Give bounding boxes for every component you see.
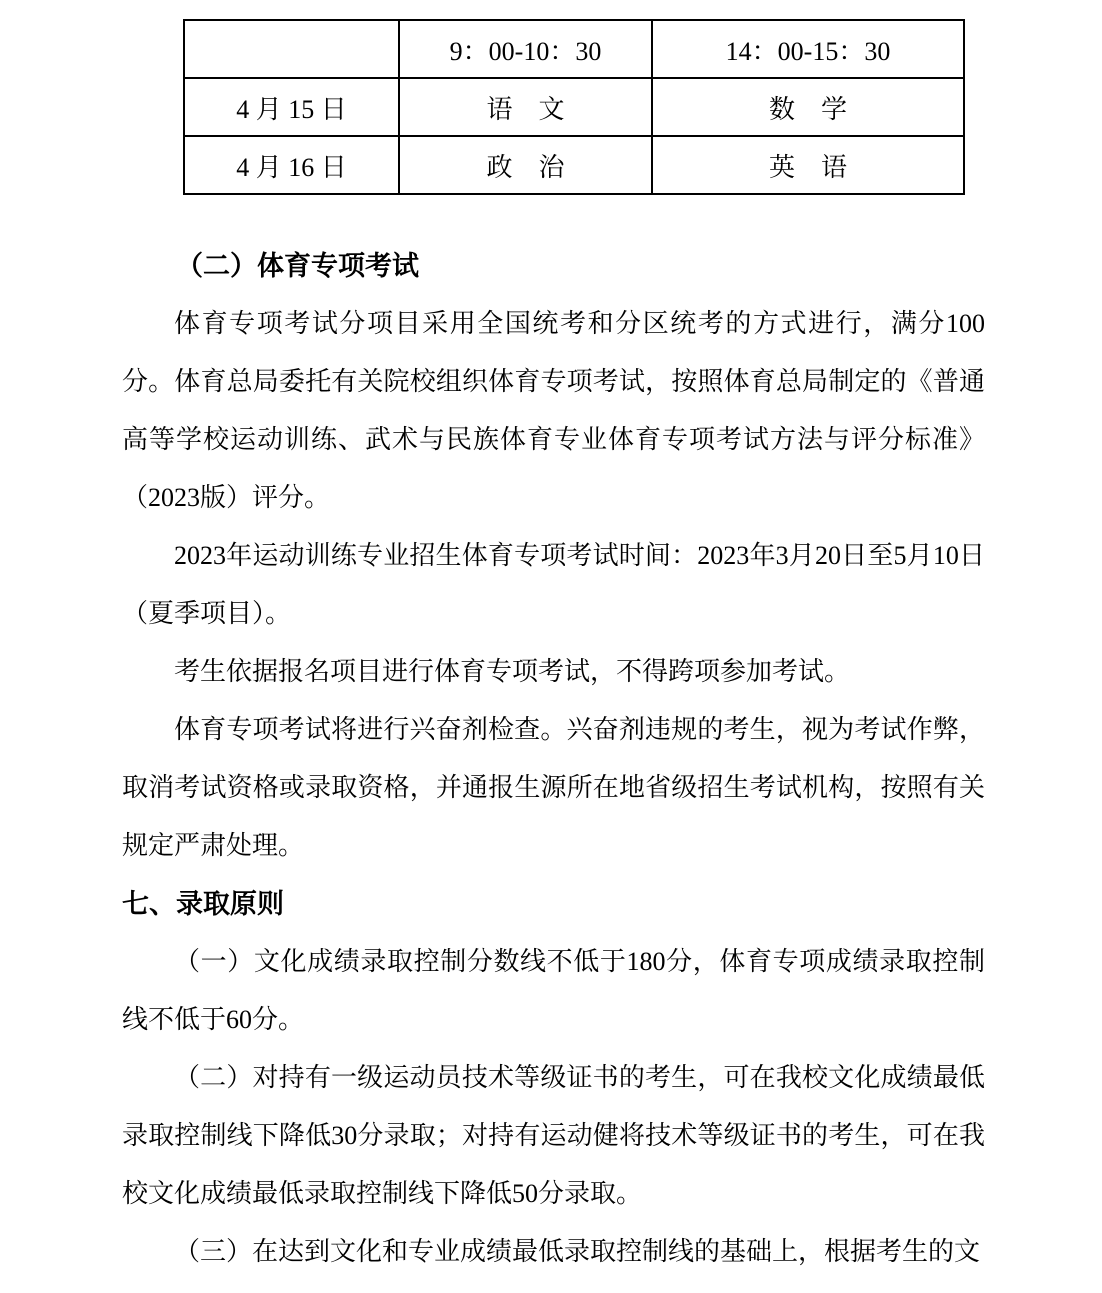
heading-sport-exam: （二）体育专项考试 <box>122 237 985 295</box>
document-body: （二）体育专项考试 体育专项考试分项目采用全国统考和分区统考的方式进行，满分10… <box>122 237 985 1281</box>
heading-admission-principles: 七、录取原则 <box>122 875 985 933</box>
document-page: 9：00-10：30 14：00-15：30 4 月 15 日 语 文 数 学 … <box>0 0 1102 1293</box>
paragraph-admission-certificate-bonus: （二）对持有一级运动员技术等级证书的考生，可在我校文化成绩最低录取控制线下降低3… <box>122 1049 985 1223</box>
exam-schedule-table: 9：00-10：30 14：00-15：30 4 月 15 日 语 文 数 学 … <box>183 19 965 195</box>
table-row: 4 月 15 日 语 文 数 学 <box>184 78 964 136</box>
table-header-afternoon-time: 14：00-15：30 <box>652 20 964 78</box>
table-row: 4 月 16 日 政 治 英 语 <box>184 136 964 194</box>
paragraph-sport-exam-scoring: 体育专项考试分项目采用全国统考和分区统考的方式进行，满分100分。体育总局委托有… <box>122 295 985 527</box>
table-cell-morning-subject: 语 文 <box>399 78 652 136</box>
paragraph-sport-exam-events: 考生依据报名项目进行体育专项考试，不得跨项参加考试。 <box>122 643 985 701</box>
paragraph-sport-exam-doping: 体育专项考试将进行兴奋剂检查。兴奋剂违规的考生，视为考试作弊，取消考试资格或录取… <box>122 701 985 875</box>
table-header-empty-cell <box>184 20 399 78</box>
table-cell-afternoon-subject: 数 学 <box>652 78 964 136</box>
paragraph-sport-exam-dates: 2023年运动训练专业招生体育专项考试时间：2023年3月20日至5月10日（夏… <box>122 527 985 643</box>
table-header-morning-time: 9：00-10：30 <box>399 20 652 78</box>
table-cell-afternoon-subject: 英 语 <box>652 136 964 194</box>
table-cell-date: 4 月 15 日 <box>184 78 399 136</box>
table-cell-date: 4 月 16 日 <box>184 136 399 194</box>
paragraph-admission-minimum-scores: （一）文化成绩录取控制分数线不低于180分，体育专项成绩录取控制线不低于60分。 <box>122 933 985 1049</box>
table-header-row: 9：00-10：30 14：00-15：30 <box>184 20 964 78</box>
paragraph-admission-ranking: （三）在达到文化和专业成绩最低录取控制线的基础上，根据考生的文 <box>122 1223 985 1281</box>
table-cell-morning-subject: 政 治 <box>399 136 652 194</box>
